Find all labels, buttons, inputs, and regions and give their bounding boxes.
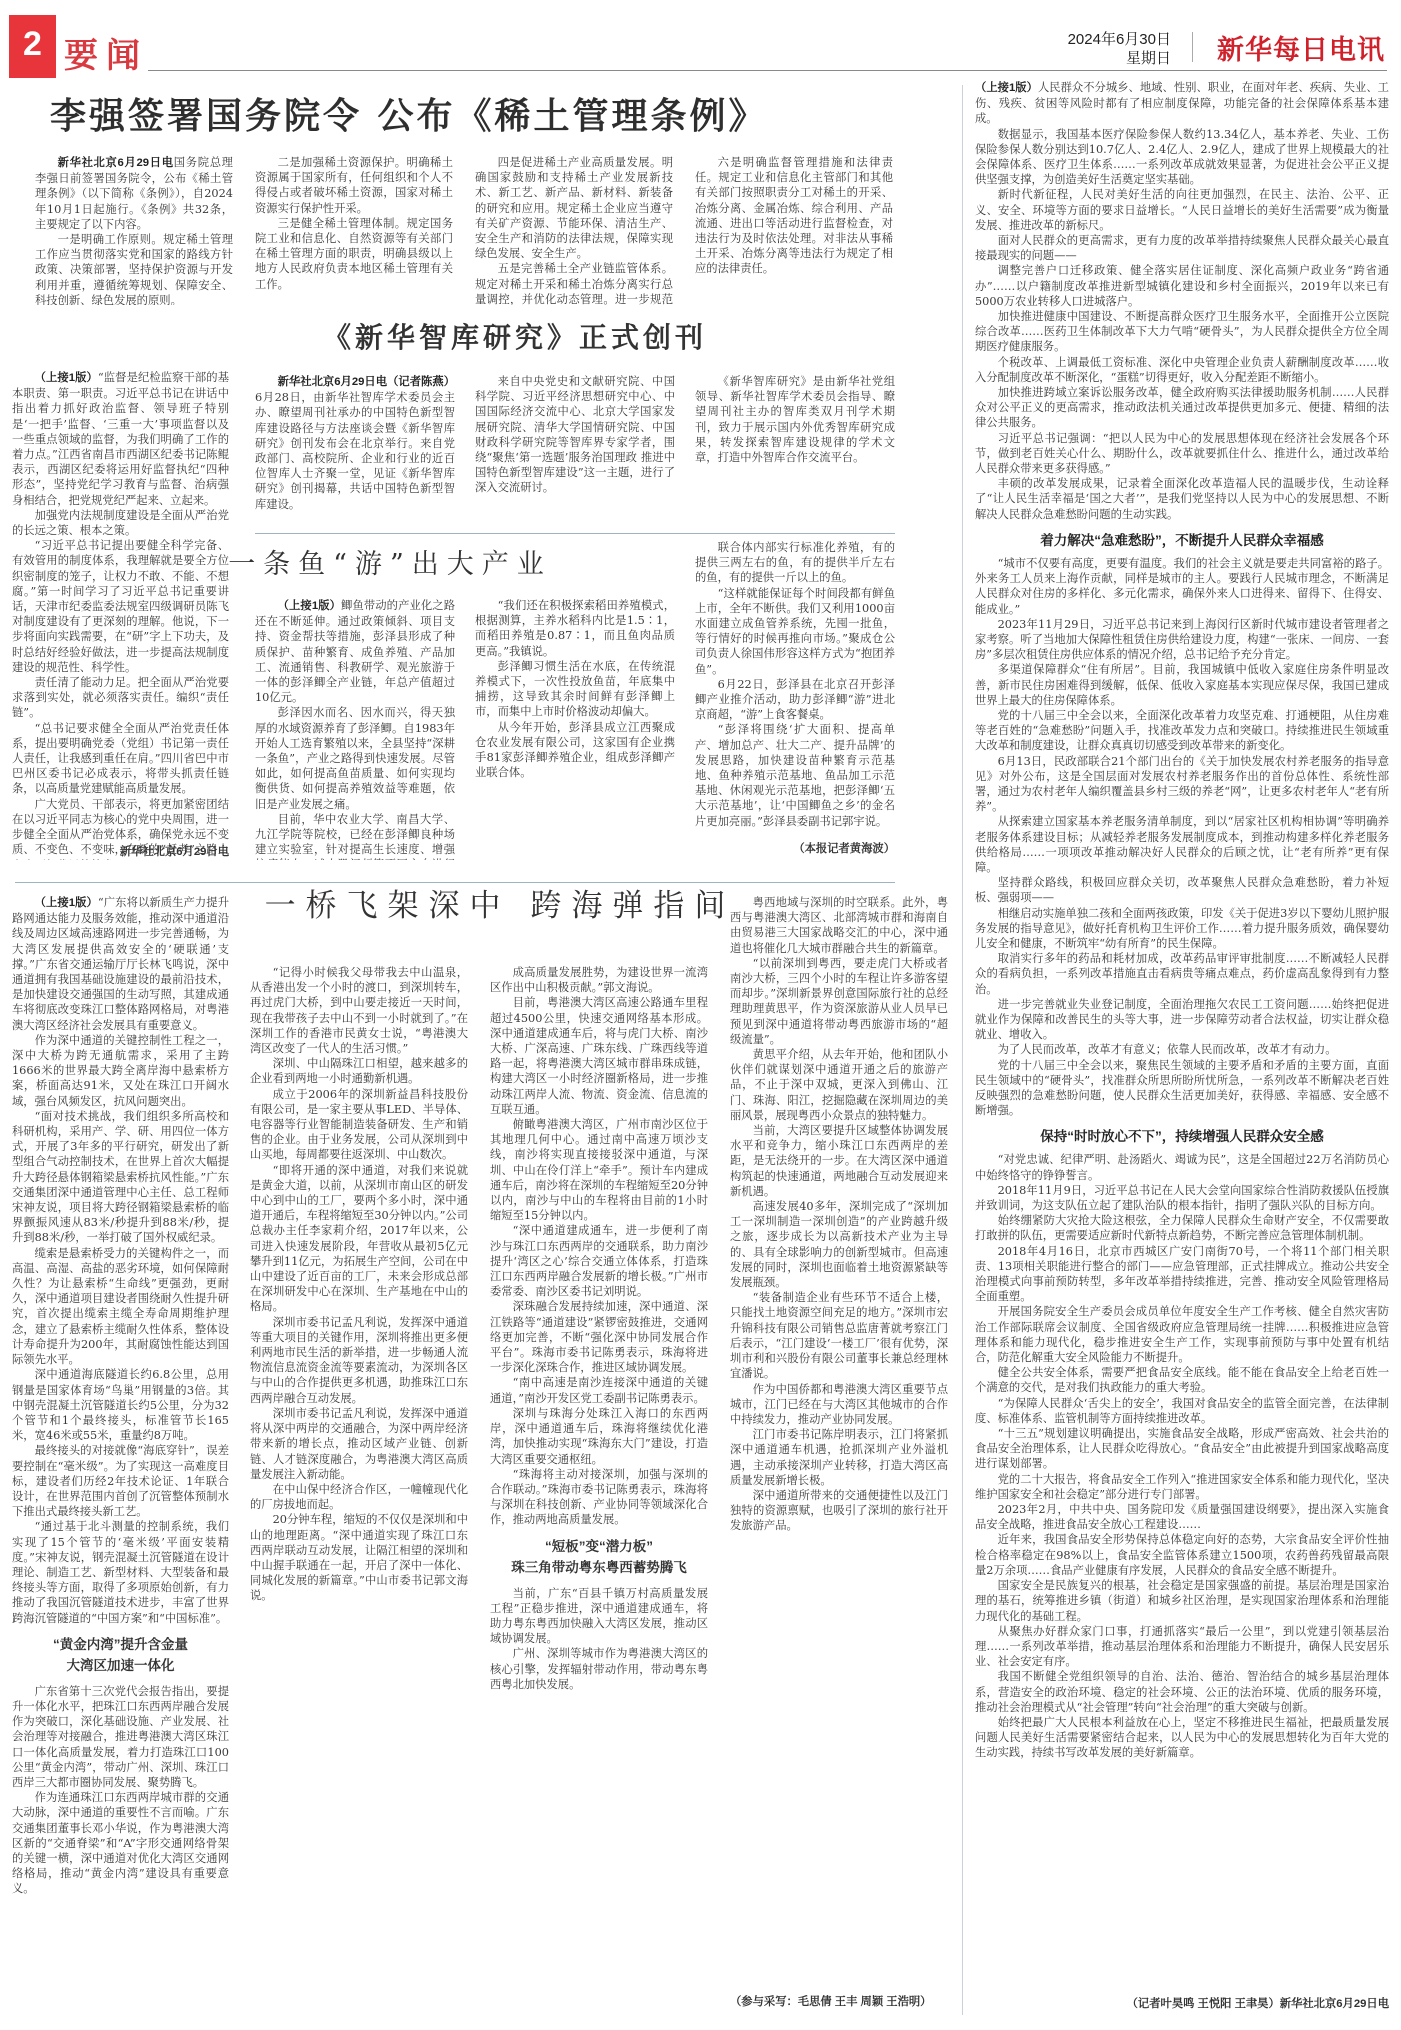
- shenzhong-col-2: “记得小时候我父母带我去中山温泉，从香港出发一个小时的渡口，到深圳转车，再过虎门…: [250, 965, 468, 2015]
- headline-fish: 一条鱼“游”出大产业: [220, 542, 560, 581]
- think-tank-col-2: 来自中央党史和文献研究院、中国科学院、习近平经济思想研究中心、中国国际经济交流中…: [475, 374, 675, 524]
- section-title: 要闻: [64, 28, 148, 77]
- divider: [255, 533, 895, 534]
- fish-col-2: “我们还在积极探索稻田养殖模式，根据测算，主养水稻科内比是1.5∶1，而稻田养殖…: [475, 598, 675, 860]
- newspaper-logo: 新华每日电讯: [1217, 28, 1385, 67]
- think-tank-col-3: 《新华智库研究》是由新华社党组领导、新华社智库学术委员会指导、瞭望周刊社主办的智…: [695, 374, 895, 524]
- date-text: 2024年6月30日: [1068, 30, 1171, 49]
- weekday-text: 星期日: [1068, 49, 1171, 68]
- headline-think-tank: 《新华智库研究》正式创刊: [270, 316, 760, 356]
- subheading-security: 保持“时时放心不下”，持续增强人民群众安全感: [975, 1126, 1389, 1148]
- shenzhong-col-4: 粤西地域与深圳的时空联系。此外，粤西与粤港澳大湾区、北部湾城市群和海南自由贸易港…: [730, 895, 948, 1995]
- subheading-happiness: 着力解决“急难愁盼”，不断提升人民群众幸福感: [975, 530, 1389, 552]
- rare-earth-col-3: 四是促进稀土产业高质量发展。明确国家鼓励和支持稀土产业发展新技术、新工艺、新产品…: [475, 155, 673, 305]
- rare-earth-col-4: 六是明确监督管理措施和法律责任。规定工业和信息化主管部门和其他有关部门按照职责分…: [695, 155, 893, 305]
- shenzhong-contributors: （参与采写：毛思倩 王丰 周颖 王浩明）: [730, 1995, 948, 2013]
- masthead-rule: [148, 70, 1387, 71]
- subheading-golden-bay: “黄金内湾”提升含金量 大湾区加速一体化: [12, 1634, 229, 1676]
- masthead: 2 要闻 2024年6月30日 星期日 新华每日电讯: [0, 0, 1401, 75]
- fish-col-3: 联合体内部实行标准化养殖，有的提供三两左右的鱼，有的提供半斤左右的鱼，有的提供一…: [695, 540, 895, 840]
- rare-earth-col-1: 新华社北京6月29日电国务院总理李强日前签署国务院令，公布《稀土管理条例》（以下…: [35, 155, 233, 305]
- fish-col-1: （上接1版）鲫鱼带动的产业化之路还在不断延伸。通过政策倾斜、项目支持、资金帮扶等…: [255, 598, 455, 860]
- subheading-shortboard: “短板”变“潜力板” 珠三角带动粤东粤西蓄势腾飞: [490, 1536, 708, 1578]
- issue-date: 2024年6月30日 星期日: [1068, 30, 1171, 68]
- think-tank-col-1: 新华社北京6月29日电（记者陈燕）6月28日，由新华社智库学术委员会主办、瞭望周…: [255, 374, 455, 524]
- headline-rare-earth: 李强签署国务院令 公布《稀土管理条例》: [50, 88, 740, 139]
- shenzhong-col-1: （上接1版）“广东将以新质生产力提升路网通达能力及服务效能，推动深中通道沿线及周…: [12, 895, 229, 2015]
- people-article: （上接1版）人民群众不分城乡、地域、性别、职业，在面对年老、疾病、失业、工伤、残…: [975, 80, 1389, 1995]
- column-divider: [962, 85, 963, 2015]
- discipline-article: （上接1版）“监督是纪检监察干部的基本职责、第一职责。习近平总书记在讲话中指出着…: [12, 370, 229, 860]
- shenzhong-col-3: 成高质量发展胜势，为建设世界一流湾区作出中山积极贡献。”郭文海说。 目前，粤港澳…: [490, 965, 708, 2015]
- people-byline: （记者叶昊鸣 王悦阳 王聿昊）新华社北京6月29日电: [975, 1997, 1389, 2015]
- fish-byline: （本报记者黄海波）: [695, 842, 895, 860]
- headline-shenzhong: 一桥飞架深中 跨海弹指间: [250, 880, 750, 925]
- discipline-byline: 新华社北京6月29日电: [12, 845, 229, 863]
- dateline: 新华社北京6月29日电: [58, 157, 174, 169]
- page-number-badge: 2: [9, 15, 56, 78]
- masthead-separator: [1192, 32, 1193, 62]
- rare-earth-col-2: 二是加强稀土资源保护。明确稀土资源属于国家所有，任何组织和个人不得侵占或者破坏稀…: [255, 155, 453, 305]
